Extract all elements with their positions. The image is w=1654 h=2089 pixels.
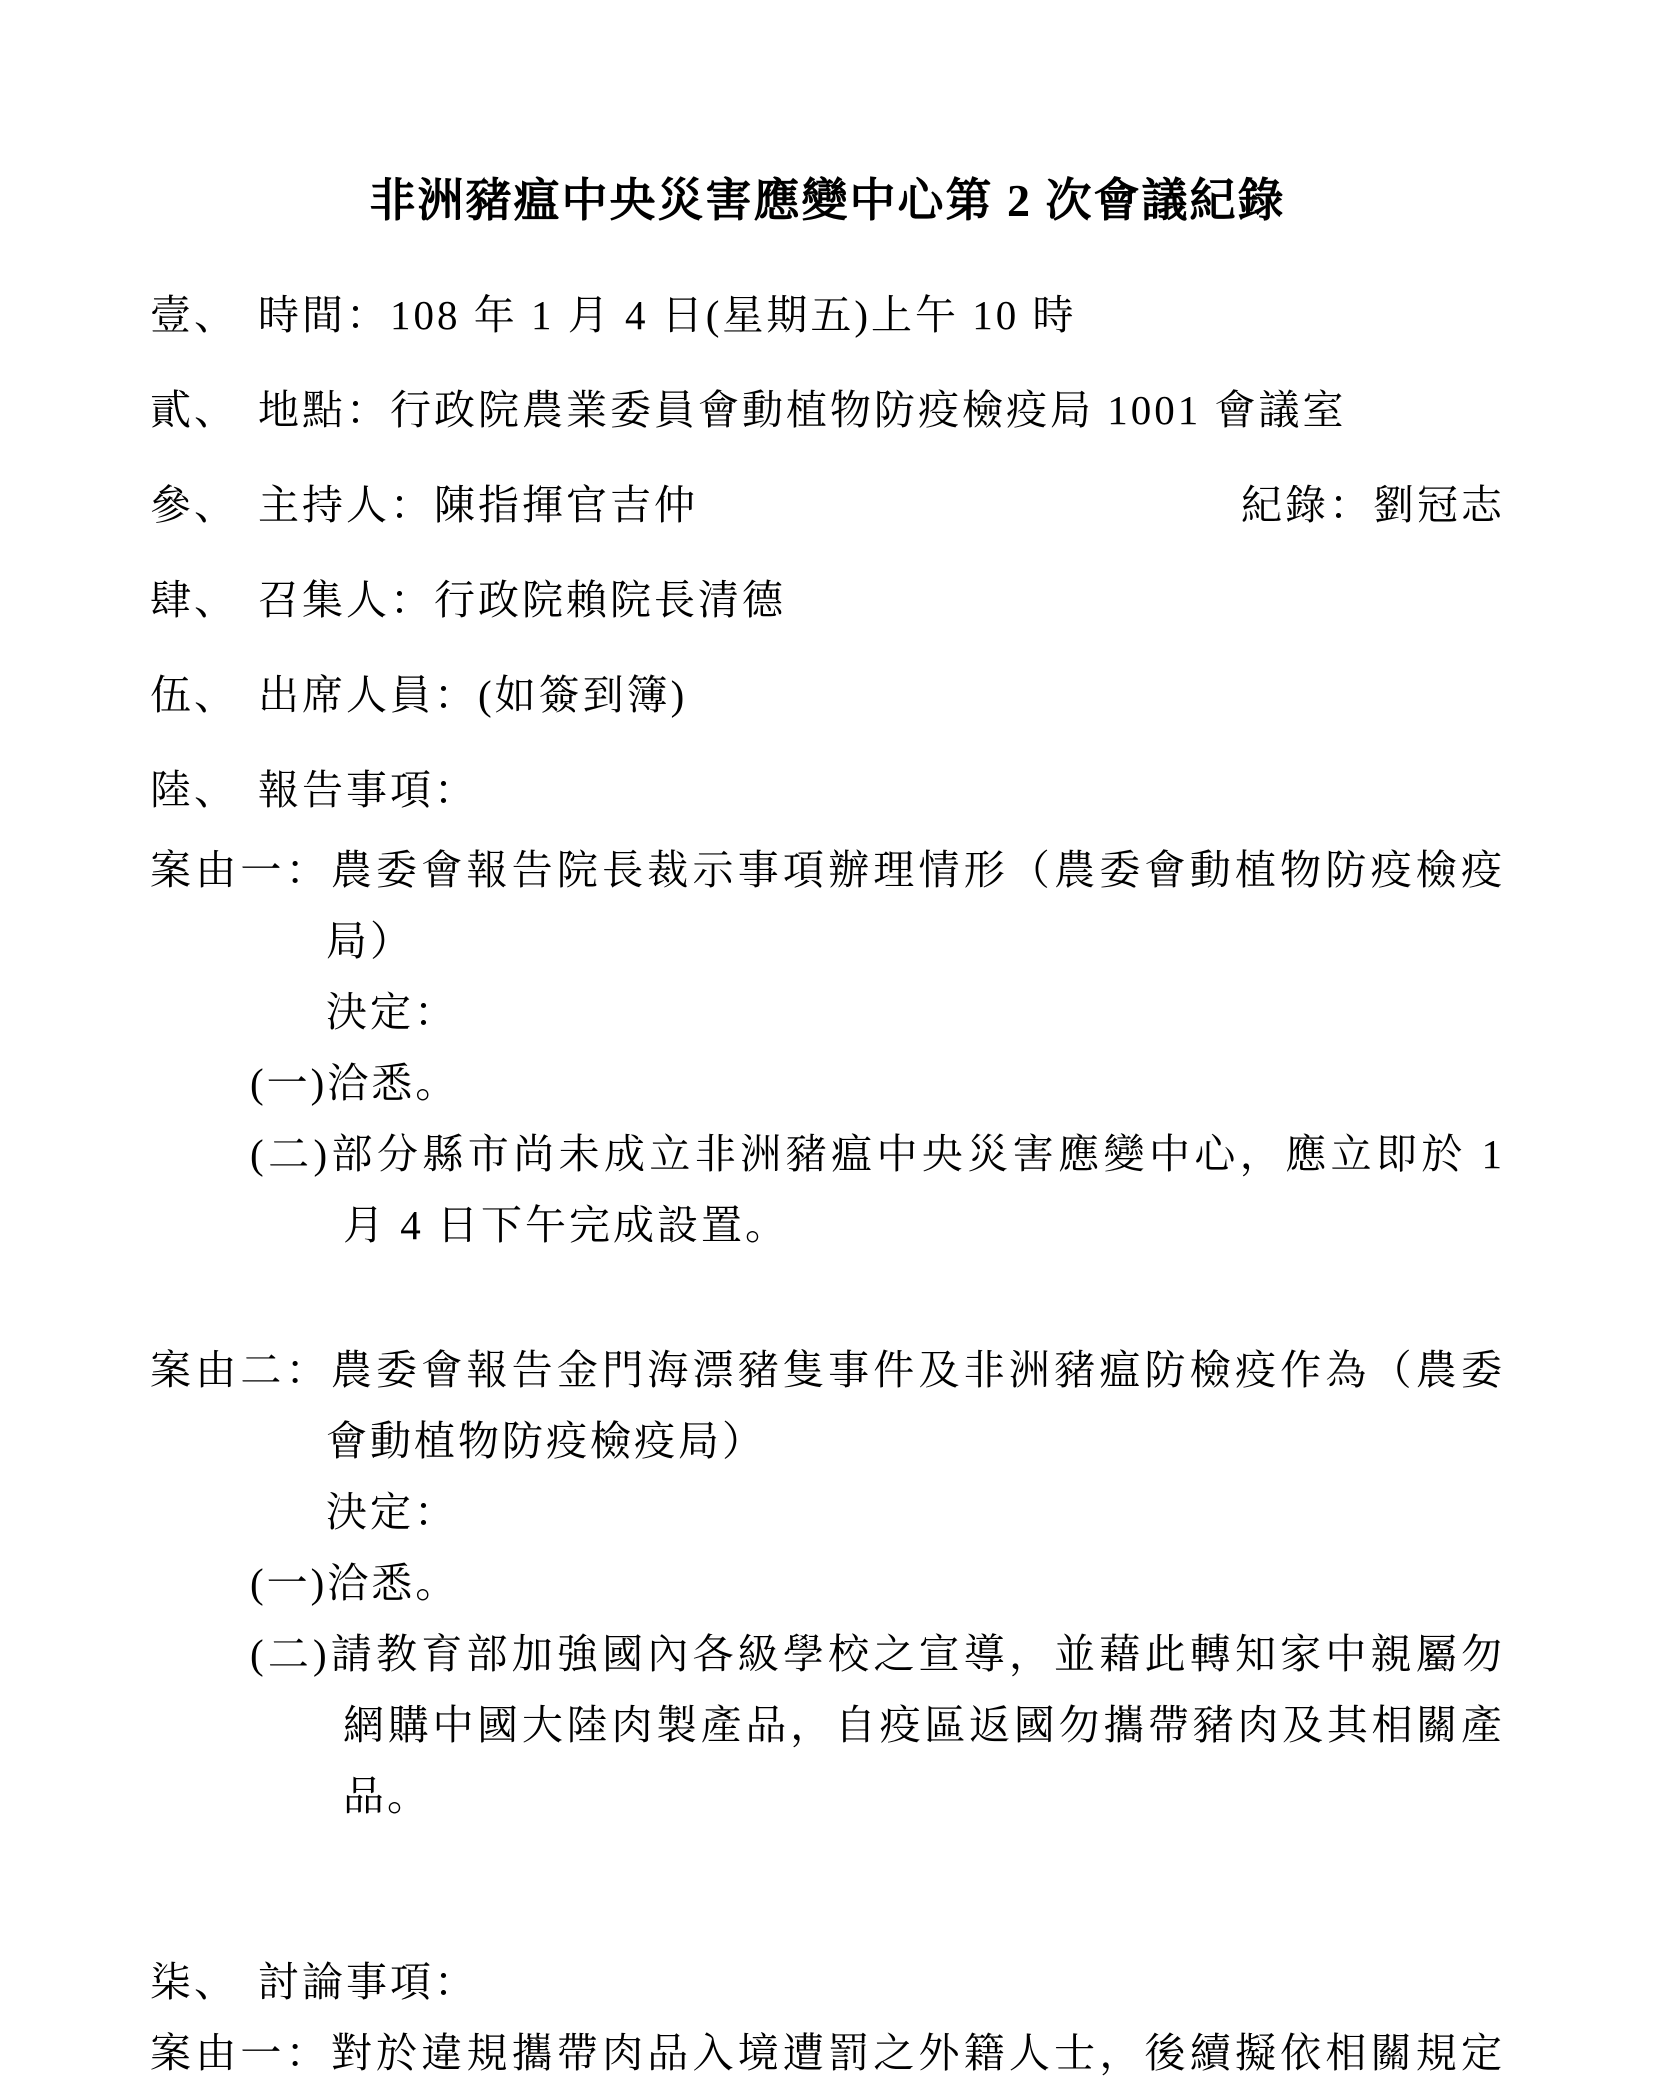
decision-item-number: (二) [250, 1631, 330, 1677]
section-text: 出席人員：(如簽到簿) [258, 672, 687, 718]
discussion-case-1-subject: 案由一：對於違規攜帶肉品入境遭罰之外籍人士，後續擬依相關規定 [150, 2018, 1505, 2089]
section-report-items: 陸、報告事項： [150, 755, 1505, 826]
section-text: 討論事項： [258, 1959, 478, 2005]
case-text: 對於違規攜帶肉品入境遭罰之外籍人士，後續擬依相關規定 [331, 2030, 1505, 2076]
decision-item-text: 洽悉。 [327, 1560, 459, 1606]
section-attendees: 伍、出席人員：(如簽到簿) [150, 660, 1505, 731]
section-number: 肆、 [150, 565, 238, 636]
decision-item-text: 部分縣市尚未成立非洲豬瘟中央災害應變中心，應立即於 1 月 4 日下午完成設置。 [330, 1131, 1505, 1248]
report-case-1-decision-item: (二)部分縣市尚未成立非洲豬瘟中央災害應變中心，應立即於 1 月 4 日下午完成… [250, 1119, 1505, 1261]
document-title: 非洲豬瘟中央災害應變中心第 2 次會議紀錄 [150, 165, 1505, 236]
case-label: 案由二： [150, 1347, 331, 1393]
section-text: 地點：行政院農業委員會動植物防疫檢疫局 1001 會議室 [258, 387, 1347, 433]
recorder-text: 紀錄：劉冠志 [1241, 470, 1505, 541]
report-case-1-decision-label: 決定： [326, 977, 1505, 1048]
case-label: 案由一： [150, 847, 331, 893]
decision-item-number: (二) [250, 1131, 330, 1177]
section-number: 貳、 [150, 375, 238, 446]
decision-item-text: 洽悉。 [327, 1060, 459, 1106]
section-chairperson: 參、主持人：陳指揮官吉仲 紀錄：劉冠志 [150, 470, 1505, 541]
section-text: 時間：108 年 1 月 4 日(星期五)上午 10 時 [258, 292, 1077, 338]
decision-item-text: 請教育部加強國內各級學校之宣導，並藉此轉知家中親屬勿網購中國大陸肉製產品，自疫區… [330, 1631, 1505, 1819]
case-text: 農委會報告金門海漂豬隻事件及非洲豬瘟防檢疫作為（農委會動植物防疫檢疫局） [326, 1347, 1505, 1464]
case-text: 農委會報告院長裁示事項辦理情形（農委會動植物防疫檢疫局） [326, 847, 1505, 964]
section-time: 壹、時間：108 年 1 月 4 日(星期五)上午 10 時 [150, 280, 1505, 351]
section-number: 伍、 [150, 660, 238, 731]
decision-item-number: (一) [250, 1560, 327, 1606]
section-number: 陸、 [150, 755, 238, 826]
report-case-1-decision-item: (一)洽悉。 [250, 1048, 1505, 1119]
section-text: 主持人：陳指揮官吉仲 [258, 482, 698, 528]
section-location: 貳、地點：行政院農業委員會動植物防疫檢疫局 1001 會議室 [150, 375, 1505, 446]
chairperson-text: 參、主持人：陳指揮官吉仲 [150, 470, 698, 541]
section-convener: 肆、召集人：行政院賴院長清德 [150, 565, 1505, 636]
report-case-1-subject: 案由一：農委會報告院長裁示事項辦理情形（農委會動植物防疫檢疫局） [150, 835, 1505, 977]
section-text: 召集人：行政院賴院長清德 [258, 577, 786, 623]
section-number: 參、 [150, 470, 238, 541]
section-text: 報告事項： [258, 767, 478, 813]
report-case-2-decision-label: 決定： [326, 1477, 1505, 1548]
section-discussion-items: 柒、討論事項： [150, 1947, 1505, 2018]
report-case-2-decision-item: (二)請教育部加強國內各級學校之宣導，並藉此轉知家中親屬勿網購中國大陸肉製產品，… [250, 1619, 1505, 1832]
decision-item-number: (一) [250, 1060, 327, 1106]
section-number: 柒、 [150, 1947, 238, 2018]
section-number: 壹、 [150, 280, 238, 351]
case-label: 案由一： [150, 2030, 331, 2076]
report-case-2-subject: 案由二：農委會報告金門海漂豬隻事件及非洲豬瘟防檢疫作為（農委會動植物防疫檢疫局） [150, 1335, 1505, 1477]
document-page: 非洲豬瘟中央災害應變中心第 2 次會議紀錄 壹、時間：108 年 1 月 4 日… [0, 0, 1654, 2089]
report-case-2-decision-item: (一)洽悉。 [250, 1548, 1505, 1619]
